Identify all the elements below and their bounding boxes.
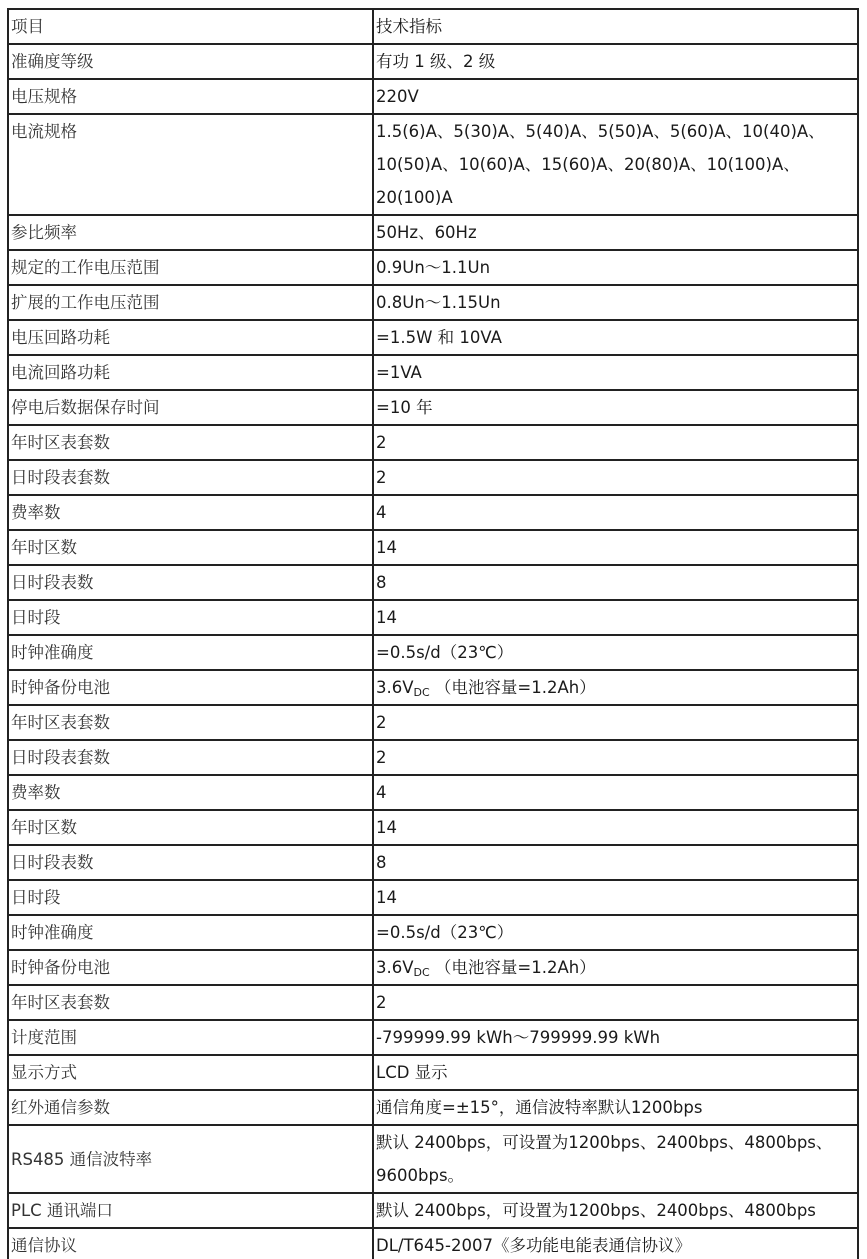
- row-value: 14: [373, 530, 858, 565]
- row-value: 默认 2400bps，可设置为1200bps、2400bps、4800bps: [373, 1193, 858, 1228]
- header-item: 项目: [8, 9, 373, 44]
- battery-voltage: 3.6V: [376, 678, 414, 697]
- table-row: 年时区表套数 2: [8, 705, 858, 740]
- row-label: PLC 通讯端口: [8, 1193, 373, 1228]
- table-row: 日时段表数 8: [8, 565, 858, 600]
- row-label: 日时段: [8, 880, 373, 915]
- row-value: 4: [373, 775, 858, 810]
- table-row: RS485 通信波特率 默认 2400bps，可设置为1200bps、2400b…: [8, 1125, 858, 1193]
- table-row: 费率数 4: [8, 775, 858, 810]
- table-row: 年时区表套数 2: [8, 425, 858, 460]
- row-value-line: 默认 2400bps，可设置为1200bps、2400bps、4800bps、: [376, 1126, 855, 1159]
- row-value: 14: [373, 600, 858, 635]
- row-value: 8: [373, 565, 858, 600]
- row-label: 年时区表套数: [8, 425, 373, 460]
- table-row: 日时段 14: [8, 600, 858, 635]
- table-row: 时钟备份电池 3.6VDC （电池容量=1.2Ah）: [8, 950, 858, 985]
- row-label: 日时段表套数: [8, 460, 373, 495]
- row-label: 费率数: [8, 775, 373, 810]
- row-label: 费率数: [8, 495, 373, 530]
- table-row: 日时段表套数 2: [8, 740, 858, 775]
- row-value: 50Hz、60Hz: [373, 215, 858, 250]
- row-value: 14: [373, 810, 858, 845]
- row-value: 4: [373, 495, 858, 530]
- row-value: 2: [373, 985, 858, 1020]
- row-label: 电压回路功耗: [8, 320, 373, 355]
- table-row: 通信协议 DL/T645-2007《多功能电能表通信协议》: [8, 1228, 858, 1259]
- row-value: =1.5W 和 10VA: [373, 320, 858, 355]
- table-row: 时钟准确度 =0.5s/d（23℃）: [8, 635, 858, 670]
- row-label: 年时区表套数: [8, 985, 373, 1020]
- header-spec: 技术指标: [373, 9, 858, 44]
- row-label: 年时区数: [8, 810, 373, 845]
- row-label: 时钟备份电池: [8, 670, 373, 705]
- row-value: DL/T645-2007《多功能电能表通信协议》: [373, 1228, 858, 1259]
- row-value: 3.6VDC （电池容量=1.2Ah）: [373, 950, 858, 985]
- table-row: 红外通信参数 通信角度=±15°，通信波特率默认1200bps: [8, 1090, 858, 1125]
- row-value: 14: [373, 880, 858, 915]
- table-header-row: 项目 技术指标: [8, 9, 858, 44]
- row-value-line: 9600bps。: [376, 1159, 855, 1192]
- row-label: 日时段表套数: [8, 740, 373, 775]
- table-row: 电流规格 1.5(6)A、5(30)A、5(40)A、5(50)A、5(60)A…: [8, 114, 858, 215]
- table-row: 电压规格 220V: [8, 79, 858, 114]
- row-label: 显示方式: [8, 1055, 373, 1090]
- table-row: 年时区数 14: [8, 810, 858, 845]
- row-label: RS485 通信波特率: [8, 1125, 373, 1193]
- row-label: 电流回路功耗: [8, 355, 373, 390]
- row-value: 220V: [373, 79, 858, 114]
- row-value: 2: [373, 425, 858, 460]
- row-label: 年时区数: [8, 530, 373, 565]
- row-label: 时钟备份电池: [8, 950, 373, 985]
- row-label: 规定的工作电压范围: [8, 250, 373, 285]
- battery-voltage-subscript: DC: [414, 966, 430, 979]
- row-value: 2: [373, 705, 858, 740]
- row-value: 默认 2400bps，可设置为1200bps、2400bps、4800bps、 …: [373, 1125, 858, 1193]
- battery-voltage: 3.6V: [376, 958, 414, 977]
- row-value-line: 20(100)A: [376, 181, 855, 214]
- row-value: 2: [373, 460, 858, 495]
- table-row: 停电后数据保存时间 =10 年: [8, 390, 858, 425]
- row-value-line: 1.5(6)A、5(30)A、5(40)A、5(50)A、5(60)A、10(4…: [376, 115, 855, 148]
- table-row: 扩展的工作电压范围 0.8Un～1.15Un: [8, 285, 858, 320]
- row-value: 通信角度=±15°，通信波特率默认1200bps: [373, 1090, 858, 1125]
- row-label: 计度范围: [8, 1020, 373, 1055]
- row-value: =0.5s/d（23℃）: [373, 635, 858, 670]
- table-row: 电流回路功耗 =1VA: [8, 355, 858, 390]
- row-value: 0.9Un～1.1Un: [373, 250, 858, 285]
- row-value-line: 10(50)A、10(60)A、15(60)A、20(80)A、10(100)A…: [376, 148, 855, 181]
- row-value: =1VA: [373, 355, 858, 390]
- table-row: 日时段表数 8: [8, 845, 858, 880]
- row-label: 时钟准确度: [8, 915, 373, 950]
- row-label: 日时段表数: [8, 565, 373, 600]
- table-row: PLC 通讯端口 默认 2400bps，可设置为1200bps、2400bps、…: [8, 1193, 858, 1228]
- spec-table: 项目 技术指标 准确度等级 有功 1 级、2 级 电压规格 220V 电流规格 …: [7, 8, 859, 1259]
- row-value: 1.5(6)A、5(30)A、5(40)A、5(50)A、5(60)A、10(4…: [373, 114, 858, 215]
- table-row: 准确度等级 有功 1 级、2 级: [8, 44, 858, 79]
- row-label: 参比频率: [8, 215, 373, 250]
- table-row: 时钟准确度 =0.5s/d（23℃）: [8, 915, 858, 950]
- row-label: 时钟准确度: [8, 635, 373, 670]
- table-row: 年时区表套数 2: [8, 985, 858, 1020]
- row-label: 电流规格: [8, 114, 373, 215]
- table-row: 计度范围 -799999.99 kWh～799999.99 kWh: [8, 1020, 858, 1055]
- table-row: 时钟备份电池 3.6VDC （电池容量=1.2Ah）: [8, 670, 858, 705]
- row-value: 0.8Un～1.15Un: [373, 285, 858, 320]
- row-value: 3.6VDC （电池容量=1.2Ah）: [373, 670, 858, 705]
- row-value: =10 年: [373, 390, 858, 425]
- row-label: 扩展的工作电压范围: [8, 285, 373, 320]
- row-label: 年时区表套数: [8, 705, 373, 740]
- row-value: =0.5s/d（23℃）: [373, 915, 858, 950]
- table-row: 年时区数 14: [8, 530, 858, 565]
- row-label: 日时段: [8, 600, 373, 635]
- row-label: 准确度等级: [8, 44, 373, 79]
- battery-voltage-subscript: DC: [414, 686, 430, 699]
- row-value: 8: [373, 845, 858, 880]
- table-row: 日时段表套数 2: [8, 460, 858, 495]
- row-value: 2: [373, 740, 858, 775]
- row-label: 通信协议: [8, 1228, 373, 1259]
- battery-capacity: （电池容量=1.2Ah）: [430, 958, 596, 977]
- table-row: 显示方式 LCD 显示: [8, 1055, 858, 1090]
- table-row: 规定的工作电压范围 0.9Un～1.1Un: [8, 250, 858, 285]
- table-row: 费率数 4: [8, 495, 858, 530]
- row-value: 有功 1 级、2 级: [373, 44, 858, 79]
- row-label: 停电后数据保存时间: [8, 390, 373, 425]
- row-value: -799999.99 kWh～799999.99 kWh: [373, 1020, 858, 1055]
- row-label: 红外通信参数: [8, 1090, 373, 1125]
- table-row: 日时段 14: [8, 880, 858, 915]
- row-label: 电压规格: [8, 79, 373, 114]
- row-value: LCD 显示: [373, 1055, 858, 1090]
- row-label: 日时段表数: [8, 845, 373, 880]
- battery-capacity: （电池容量=1.2Ah）: [430, 678, 596, 697]
- table-row: 参比频率 50Hz、60Hz: [8, 215, 858, 250]
- table-row: 电压回路功耗 =1.5W 和 10VA: [8, 320, 858, 355]
